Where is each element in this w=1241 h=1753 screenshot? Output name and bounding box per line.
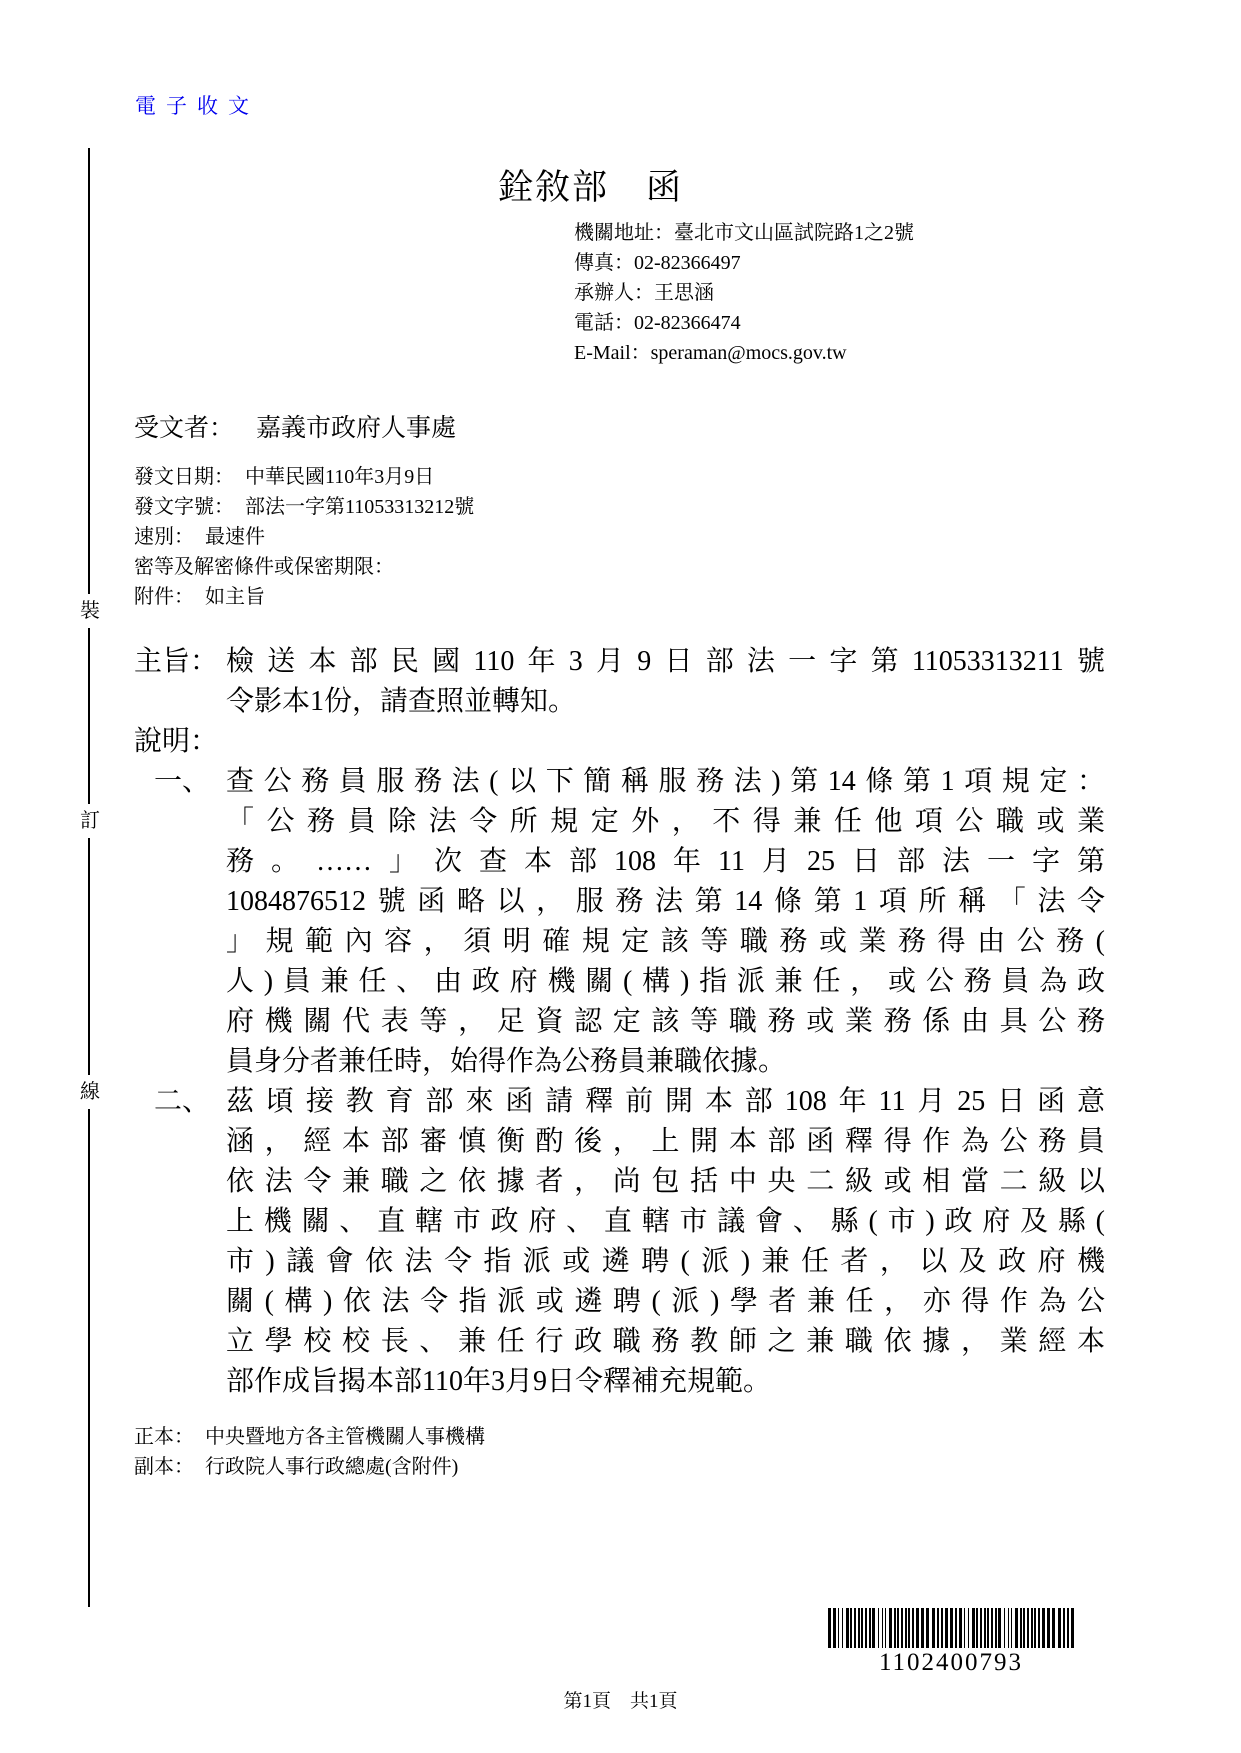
meta-issue-date: 發文日期：中華民國110年3月9日 [134, 462, 474, 492]
meta-priority: 速別：最速件 [134, 522, 474, 552]
body-line: 茲頃接教育部來函請釋前開本部108年11月25日函意 [226, 1082, 1105, 1122]
document-title: 銓敘部 函 [498, 160, 683, 210]
binding-mark-ding: 訂 [78, 804, 102, 838]
meta-label: 附件： [134, 586, 194, 608]
meta-value: 如主旨 [205, 586, 265, 608]
meta-label: 發文字號： [134, 496, 234, 518]
body-line: 務。……」次查本部108年11月25日部法一字第 [226, 842, 1105, 882]
subject-row: 主旨： 檢送本部民國110年3月9日部法一字第11053313211號 令影本1… [134, 642, 1105, 722]
body-line: 涵，經本部審慎衡酌後，上開本部函釋得作為公務員 [226, 1122, 1105, 1162]
meta-label: 發文日期： [134, 466, 234, 488]
body-line: 府機關代表等，足資認定該等職務或業務係由具公務 [226, 1002, 1105, 1042]
copies-block: 正本：中央暨地方各主管機關人事機構 副本：行政院人事行政總處(含附件) [134, 1422, 485, 1482]
sender-phone: 電話：02-82366474 [574, 308, 914, 338]
body-line: 查公務員服務法(以下簡稱服務法)第14條第1項規定： [226, 762, 1105, 802]
body-line: 員身分者兼任時，始得作為公務員兼職依據。 [226, 1042, 1105, 1082]
body-line: 上機關、直轄市政府、直轄市議會、縣(市)政府及縣( [226, 1202, 1105, 1242]
item-number: 一、 [154, 762, 226, 1082]
carbon-copy-line: 副本：行政院人事行政總處(含附件) [134, 1452, 485, 1482]
body-line: 市)議會依法令指派或遴聘(派)兼任者，以及政府機 [226, 1242, 1105, 1282]
meta-value: 部法一字第11053313212號 [245, 496, 474, 518]
original-copy-line: 正本：中央暨地方各主管機關人事機構 [134, 1422, 485, 1452]
body-line: 「公務員除法令所規定外，不得兼任他項公職或業 [226, 802, 1105, 842]
recipient-label: 受文者： [134, 415, 234, 442]
explanation-header-row: 說明： [134, 722, 1105, 762]
body-line: 立學校校長、兼任行政職務教師之兼職依據，業經本 [226, 1322, 1105, 1362]
item-number: 二、 [154, 1082, 226, 1402]
body-line: 」規範內容，須明確規定該等職務或業務得由公務( [226, 922, 1105, 962]
document-body: 主旨： 檢送本部民國110年3月9日部法一字第11053313211號 令影本1… [134, 642, 1105, 1402]
copy-label: 正本： [134, 1426, 194, 1448]
page-footer: 第1頁 共1頁 [0, 1686, 1241, 1713]
subject-label: 主旨： [134, 642, 226, 722]
sender-fax: 傳真：02-82366497 [574, 248, 914, 278]
sender-email: E-Mail：speraman@mocs.gov.tw [574, 338, 914, 368]
meta-block: 發文日期：中華民國110年3月9日 發文字號：部法一字第11053313212號… [134, 462, 474, 612]
electronic-receipt-stamp: 電子收文 [135, 90, 259, 120]
recipient-line: 受文者：嘉義市政府人事處 [134, 408, 456, 444]
sender-contact-person: 承辦人：王思涵 [574, 278, 914, 308]
barcode-bars [828, 1608, 1074, 1648]
explanation-label: 說明： [134, 722, 1105, 762]
item-content: 茲頃接教育部來函請釋前開本部108年11月25日函意 涵，經本部審慎衡酌後，上開… [226, 1082, 1105, 1402]
meta-attachment: 附件：如主旨 [134, 582, 474, 612]
barcode-number: 1102400793 [828, 1648, 1074, 1678]
sender-info-block: 機關地址：臺北市文山區試院路1之2號 傳真：02-82366497 承辦人：王思… [574, 218, 914, 368]
meta-label: 速別： [134, 526, 194, 548]
subject-content: 檢送本部民國110年3月9日部法一字第11053313211號 令影本1份，請查… [226, 642, 1105, 722]
body-line: 1084876512號函略以，服務法第14條第1項所稱「法令 [226, 882, 1105, 922]
explanation-item-1: 一、 查公務員服務法(以下簡稱服務法)第14條第1項規定： 「公務員除法令所規定… [134, 762, 1105, 1082]
subject-line: 令影本1份，請查照並轉知。 [226, 682, 1105, 722]
recipient-name: 嘉義市政府人事處 [256, 415, 456, 442]
subject-line: 檢送本部民國110年3月9日部法一字第11053313211號 [226, 642, 1105, 682]
sender-address: 機關地址：臺北市文山區試院路1之2號 [574, 218, 914, 248]
copy-label: 副本： [134, 1456, 194, 1478]
body-line: 依法令兼職之依據者，尚包括中央二級或相當二級以 [226, 1162, 1105, 1202]
copy-value: 中央暨地方各主管機關人事機構 [205, 1426, 485, 1448]
meta-value: 最速件 [205, 526, 265, 548]
meta-doc-number: 發文字號：部法一字第11053313212號 [134, 492, 474, 522]
body-line: 人)員兼任、由政府機關(構)指派兼任，或公務員為政 [226, 962, 1105, 1002]
binding-mark-xian: 線 [78, 1075, 102, 1109]
binding-mark-zhuang: 裝 [78, 594, 102, 628]
document-page: 電子收文 裝 訂 線 銓敘部 函 機關地址：臺北市文山區試院路1之2號 傳真：0… [0, 0, 1241, 1753]
body-line: 關(構)依法令指派或遴聘(派)學者兼任，亦得作為公 [226, 1282, 1105, 1322]
binding-line [88, 148, 90, 1607]
item-content: 查公務員服務法(以下簡稱服務法)第14條第1項規定： 「公務員除法令所規定外，不… [226, 762, 1105, 1082]
body-line: 部作成旨揭本部110年3月9日令釋補充規範。 [226, 1362, 1105, 1402]
meta-classification: 密等及解密條件或保密期限： [134, 552, 474, 582]
barcode: 1102400793 [828, 1608, 1074, 1678]
meta-value: 中華民國110年3月9日 [245, 466, 434, 488]
meta-label: 密等及解密條件或保密期限： [134, 556, 394, 578]
explanation-item-2: 二、 茲頃接教育部來函請釋前開本部108年11月25日函意 涵，經本部審慎衡酌後… [134, 1082, 1105, 1402]
copy-value: 行政院人事行政總處(含附件) [205, 1456, 458, 1478]
